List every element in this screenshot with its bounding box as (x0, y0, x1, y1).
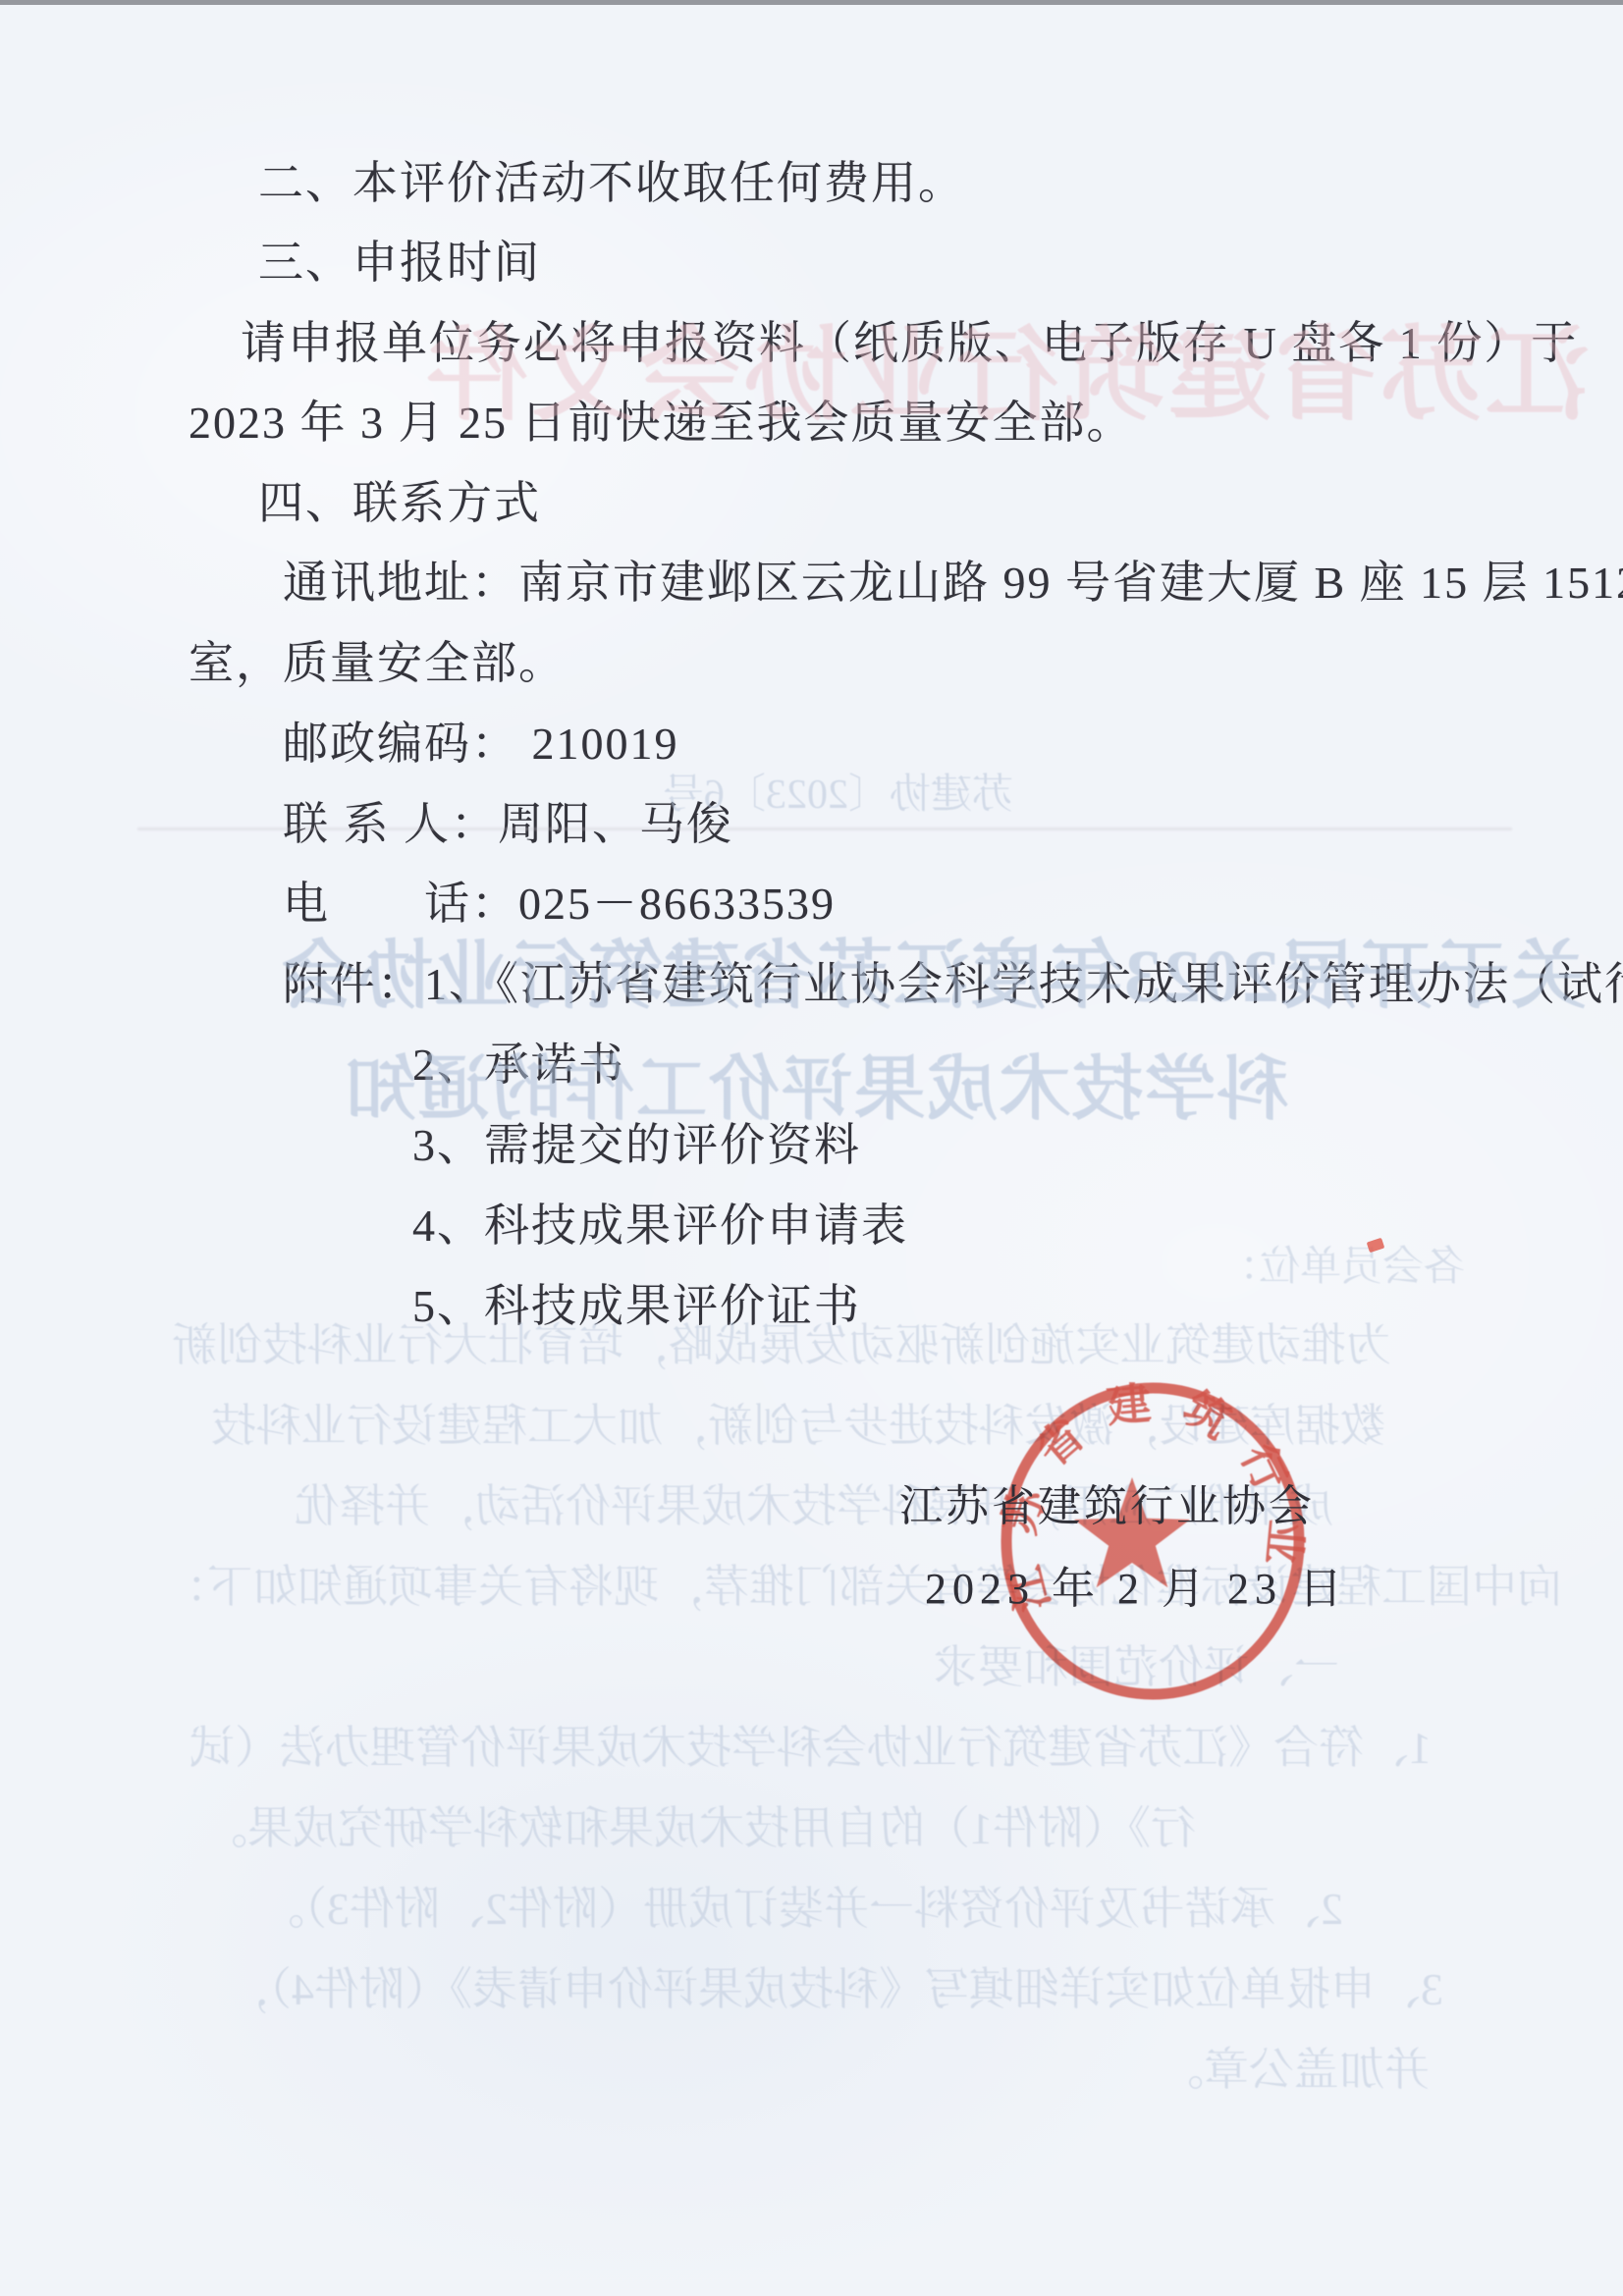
body-line-address-2: 室，质量安全部。 (189, 634, 566, 693)
signature-organization: 江苏省建筑行业协会 (899, 1470, 1315, 1533)
bleed-body-line: 并加盖公章。 (1159, 2034, 1430, 2099)
bleed-body-line: 3、申报单位如实详细填写《科技成果评价申请表》（附件4）， (224, 1953, 1443, 2018)
body-line-attachment-4: 4、科技成果评价申请表 (412, 1197, 908, 1255)
body-line-fee-notice: 二、本评价活动不收取任何费用。 (258, 154, 965, 213)
bleed-body-line: 各会员单位： (1217, 1234, 1465, 1293)
official-seal: 江苏省建筑行业协会 (1000, 1381, 1306, 1701)
bleed-doc-number: 苏建协〔2023〕6号 (663, 762, 1013, 821)
bleed-title-line1: 关于开展2023年度江苏省建筑行业协会 (280, 916, 1586, 1023)
bleed-body-line: 向中国工程建设标准化协会等有关部门推荐，现将有关事项通知如下： (162, 1551, 1562, 1616)
page: 江苏省建筑行业协会文件 苏建协〔2023〕6号 关于开展2023年度江苏省建筑行… (0, 0, 1623, 2296)
body-line-postcode: 邮政编码： 210019 (283, 715, 679, 774)
scan-edge-artifact (0, 0, 1623, 5)
bleed-letterhead-text: 江苏省建筑行业协会文件 (422, 293, 1589, 440)
body-line-address-1: 通讯地址：南京市建邺区云龙山路 99 号省建大厦 B 座 15 层 1512 (283, 554, 1623, 613)
bleed-body-line: 2、承诺书及评价资料一并装订成册（附件2、附件3）。 (259, 1873, 1343, 1938)
signature-date: 2023 年 2 月 23 日 (925, 1553, 1348, 1616)
bleed-body-line: 为推动建筑业实施创新驱动发展战略，培育壮大行业科技创新 (172, 1309, 1391, 1374)
bleed-body-line: 行》（附件1）的自用技术成果和软科学研究成果。 (202, 1792, 1196, 1857)
body-line-section-4-heading: 四、联系方式 (258, 474, 541, 533)
bleed-body-line: 1、符合《江苏省建筑行业协会科学技术成果评价管理办法（试 (189, 1712, 1432, 1777)
bleed-rule-line (137, 828, 1512, 830)
body-line-section-3-heading: 三、申报时间 (258, 234, 541, 293)
bleed-title-line2: 科学技术成果评价工作的通知 (344, 1032, 1288, 1134)
scanned-document-page: { "canvas": { "paper_color": "#f1f4f9", … (0, 0, 1623, 2296)
